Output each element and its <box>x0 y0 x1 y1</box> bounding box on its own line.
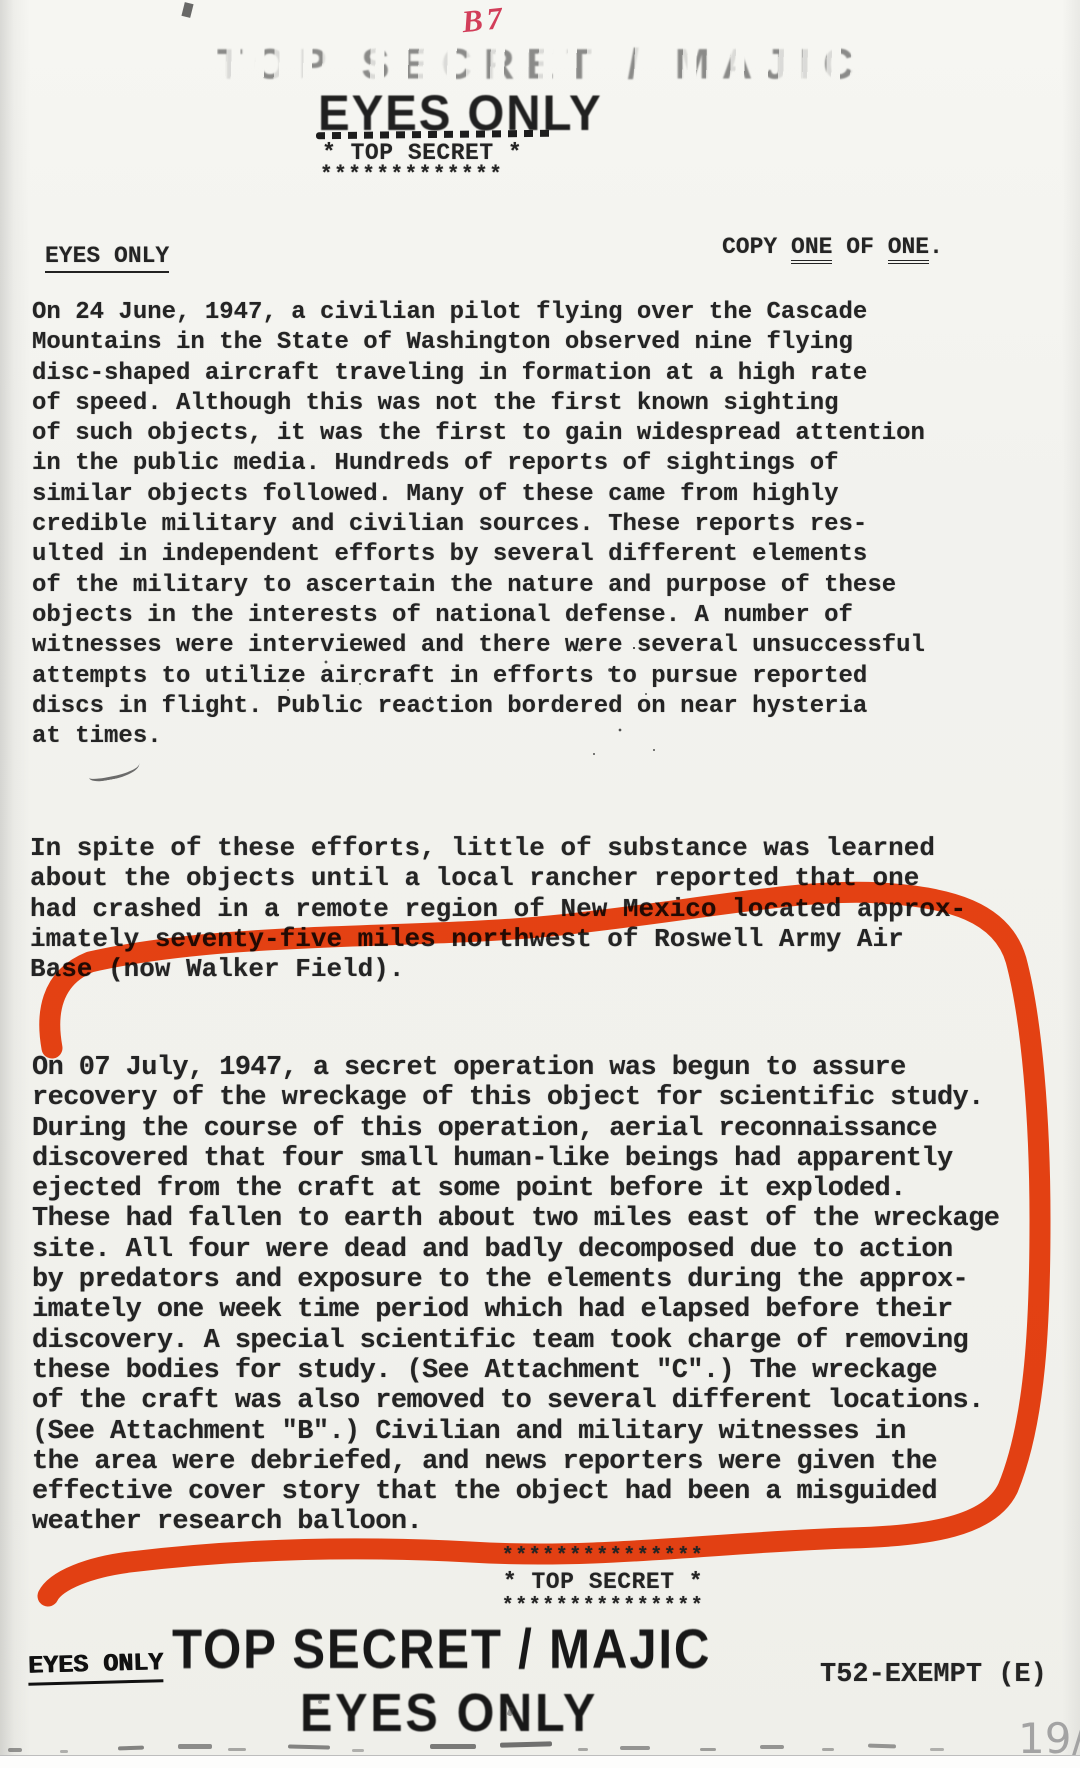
typewritten-line: In spite of these efforts, little of sub… <box>30 833 966 863</box>
typewritten-line: witnesses were interviewed and there wer… <box>32 631 925 661</box>
ink-squiggle <box>87 756 142 784</box>
ghost-top-secret-majic-stamp: TOP SECRET / MAJIC <box>217 40 866 89</box>
typewritten-line: at times. <box>32 722 925 752</box>
eyes-only-footer-large: EYES ONLY <box>300 1682 598 1744</box>
typewritten-line: attempts to utilize aircraft in efforts … <box>32 662 925 692</box>
scanned-document-page: B7 TOP SECRET / MAJIC EYES ONLY * TOP SE… <box>0 0 1080 1768</box>
copy-of: OF <box>846 234 874 260</box>
copy-one-second: ONE <box>888 234 929 264</box>
ink-smudge <box>550 630 690 780</box>
paragraph-3: On 07 July, 1947, a secret operation was… <box>32 1053 999 1538</box>
typewritten-line: in the public media. Hundreds of reports… <box>32 449 925 479</box>
typewritten-line: effective cover story that the object ha… <box>32 1477 999 1507</box>
typewritten-line: imately one week time period which had e… <box>32 1295 999 1325</box>
typewritten-line: of the military to ascertain the nature … <box>32 571 925 601</box>
typewritten-line: These had fallen to earth about two mile… <box>32 1204 999 1234</box>
typewritten-line: Base (now Walker Field). <box>30 954 966 984</box>
typewritten-line: weather research balloon. <box>32 1507 999 1537</box>
typewritten-line: disc-shaped aircraft traveling in format… <box>32 359 925 389</box>
typewritten-line: On 07 July, 1947, a secret operation was… <box>32 1053 999 1083</box>
copy-period: . <box>929 234 943 260</box>
typewritten-line: about the objects until a local rancher … <box>30 863 966 893</box>
typewritten-line: discovered that four small human-like be… <box>32 1144 999 1174</box>
typewritten-line: similar objects followed. Many of these … <box>32 480 925 510</box>
typewritten-line: the area were debriefed, and news report… <box>32 1447 999 1477</box>
asterisk-row-header: ************* <box>320 164 503 187</box>
paragraph-1: On 24 June, 1947, a civilian pilot flyin… <box>32 298 925 752</box>
handwritten-mark: B7 <box>460 0 508 40</box>
copy-one-first: ONE <box>791 234 832 264</box>
typewritten-line: site. All four were dead and badly decom… <box>32 1235 999 1265</box>
typewritten-line: had crashed in a remote region of New Me… <box>30 894 966 924</box>
top-secret-typed-header: * TOP SECRET * <box>322 140 522 166</box>
typewritten-line: imately seventy-five miles northwest of … <box>30 924 966 954</box>
typewritten-line: objects in the interests of national def… <box>32 601 925 631</box>
typewritten-line: these bodies for study. (See Attachment … <box>32 1356 999 1386</box>
exemption-code: T52-EXEMPT (E) <box>820 1660 1047 1690</box>
typewritten-line: recovery of the wreckage of this object … <box>32 1083 999 1113</box>
copy-word: COPY <box>722 234 777 260</box>
footer-top-secret-block: *************** * TOP SECRET * *********… <box>498 1545 708 1619</box>
top-secret-typed-footer: * TOP SECRET * <box>498 1569 708 1595</box>
typewritten-line: by predators and exposure to the element… <box>32 1265 999 1295</box>
typewritten-line: (See Attachment "B".) Civilian and milit… <box>32 1417 999 1447</box>
typewritten-line: of speed. Although this was not the firs… <box>32 389 925 419</box>
paragraph-2: In spite of these efforts, little of sub… <box>30 833 966 984</box>
eyes-only-footer-small: EYES ONLY <box>28 1648 164 1686</box>
typewritten-line: During the course of this operation, aer… <box>32 1114 999 1144</box>
copy-count-line: COPY ONE OF ONE. <box>722 234 943 260</box>
scan-edge-bar <box>0 1755 1080 1768</box>
typewritten-line: On 24 June, 1947, a civilian pilot flyin… <box>32 298 925 328</box>
typewritten-line: ejected from the craft at some point bef… <box>32 1174 999 1204</box>
ink-smudge <box>240 650 450 710</box>
typewritten-line: discovery. A special scientific team too… <box>32 1326 999 1356</box>
asterisk-row-footer-top: *************** <box>498 1545 708 1569</box>
typewritten-line: Mountains in the State of Washington obs… <box>32 328 925 358</box>
typewritten-line: ulted in independent efforts by several … <box>32 540 925 570</box>
typewritten-line: of the craft was also removed to several… <box>32 1386 999 1416</box>
typewritten-line: of such objects, it was the first to gai… <box>32 419 925 449</box>
scan-artifact-mark <box>181 2 193 18</box>
typewritten-line: credible military and civilian sources. … <box>32 510 925 540</box>
top-secret-majic-stamp: TOP SECRET / MAJIC <box>172 1616 711 1681</box>
eyes-only-header-left: EYES ONLY <box>45 243 169 273</box>
typewritten-line: discs in flight. Public reaction bordere… <box>32 692 925 722</box>
